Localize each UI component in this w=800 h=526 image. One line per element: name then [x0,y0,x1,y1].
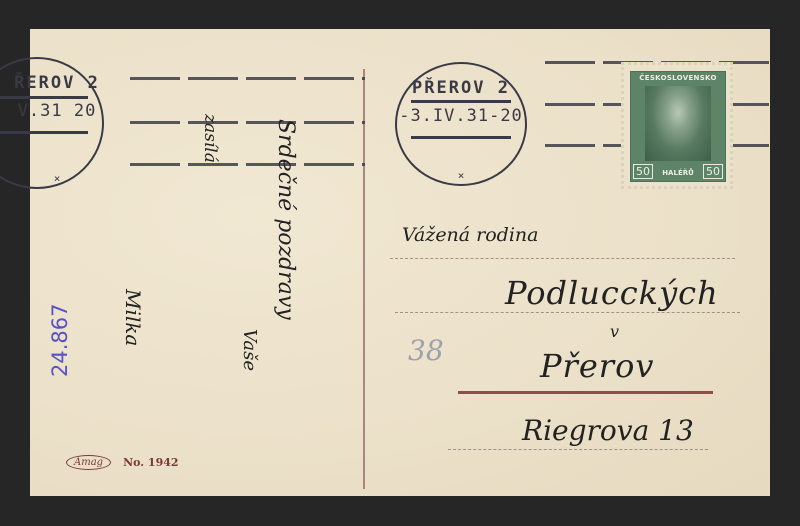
address-prefix: v [610,322,619,341]
pencil-note: 38 [408,334,444,367]
publisher-logo: Amag [66,455,111,470]
cancel-line [130,121,365,124]
center-divider [363,69,365,489]
publisher-number: No. 1942 [123,456,178,469]
address-city: Přerov [540,347,654,385]
postmark-main: PŘEROV 2 -3.IV.31-20 × [395,62,527,186]
postage-stamp: ČESKOSLOVENSKO 50 HALÉŘŮ 50 [621,62,733,189]
cancel-line [130,77,365,80]
message-line: zasílá [200,114,220,163]
message-line: Vaše [239,329,260,371]
cancel-line [130,163,365,166]
address-name: Podlucckých [505,274,719,312]
message-signature: Milka [121,289,145,346]
inventory-number: 24.867 [48,304,72,377]
postmark-left: ŘEROV 2 V.31 20 × [0,57,104,189]
address-street: Riegrova 13 [522,414,694,447]
message-line: Srdečné pozdravy [273,119,298,320]
portrait-image [645,86,711,161]
publisher-imprint: Amag No. 1942 [66,455,179,470]
postcard: ŘEROV 2 V.31 20 × PŘEROV 2 -3.IV.31-20 ×… [30,29,770,496]
address-salutation: Vážená rodina [402,224,539,246]
